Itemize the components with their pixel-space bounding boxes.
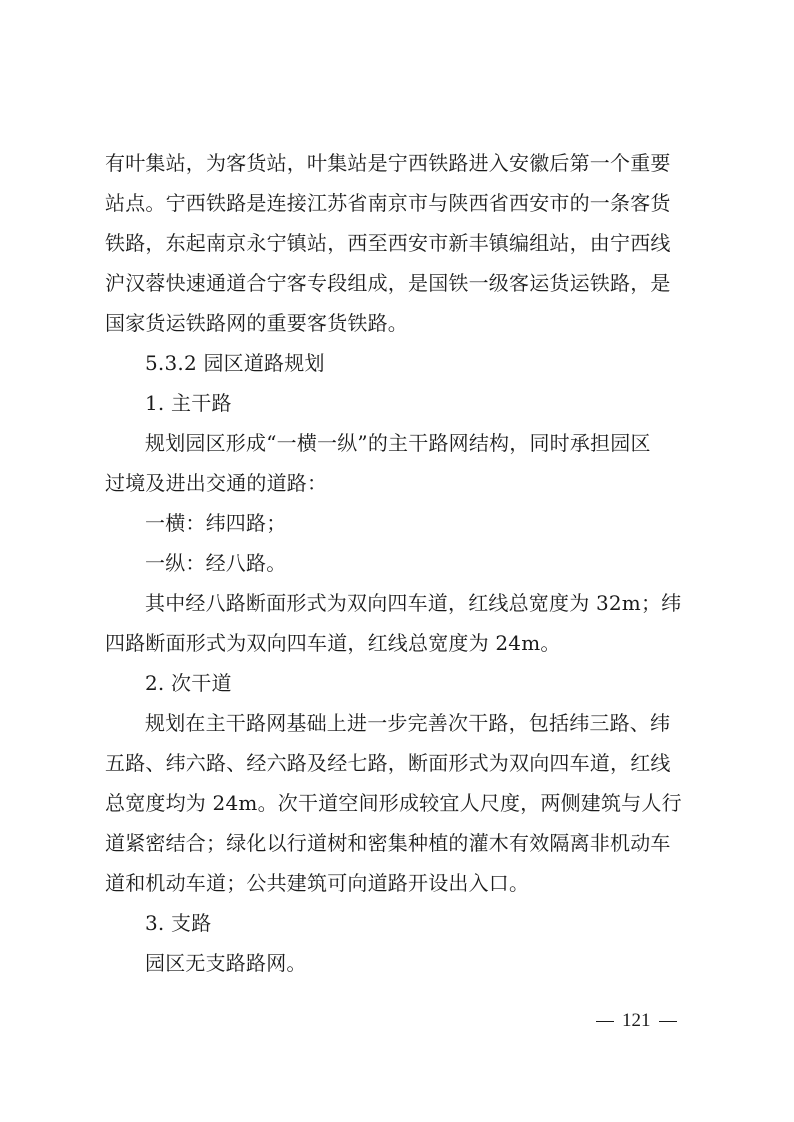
paragraph-line: 有叶集站，为客货站，叶集站是宁西铁路进入安徽后第一个重要	[105, 143, 695, 183]
page-number: 121	[588, 1010, 685, 1032]
paragraph-line: 规划在主干路网基础上进一步完善次干路，包括纬三路、纬	[105, 703, 695, 743]
paragraph-line: 四路断面形式为双向四车道，红线总宽度为 24m。	[105, 623, 695, 663]
section-heading: 5.3.2 园区道路规划	[105, 343, 695, 383]
list-item-vertical-road: 一纵：经八路。	[105, 543, 695, 583]
paragraph-line: 铁路，东起南京永宁镇站，西至西安市新丰镇编组站，由宁西线	[105, 223, 695, 263]
paragraph-line: 沪汉蓉快速通道合宁客专段组成，是国铁一级客运货运铁路，是	[105, 263, 695, 303]
document-body: 有叶集站，为客货站，叶集站是宁西铁路进入安徽后第一个重要 站点。宁西铁路是连接江…	[105, 143, 695, 983]
paragraph-line: 过境及进出交通的道路：	[105, 463, 695, 503]
list-item-horizontal-road: 一横：纬四路；	[105, 503, 695, 543]
paragraph-line: 道和机动车道；公共建筑可向道路开设出入口。	[105, 863, 695, 903]
paragraph-line: 总宽度均为 24m。次干道空间形成较宜人尺度，两侧建筑与人行	[105, 783, 695, 823]
page-number-value: 121	[622, 1010, 651, 1031]
subsection-heading-branch-road: 3. 支路	[105, 903, 695, 943]
paragraph-line: 五路、纬六路、经六路及经七路，断面形式为双向四车道，红线	[105, 743, 695, 783]
paragraph-line: 其中经八路断面形式为双向四车道，红线总宽度为 32m；纬	[105, 583, 695, 623]
paragraph-line: 园区无支路路网。	[105, 943, 695, 983]
dash-right	[659, 1021, 677, 1022]
subsection-heading-main-road: 1. 主干路	[105, 383, 695, 423]
paragraph-line: 站点。宁西铁路是连接江苏省南京市与陕西省西安市的一条客货	[105, 183, 695, 223]
paragraph-line: 道紧密结合；绿化以行道树和密集种植的灌木有效隔离非机动车	[105, 823, 695, 863]
dash-left	[596, 1021, 614, 1022]
paragraph-line: 国家货运铁路网的重要客货铁路。	[105, 303, 695, 343]
paragraph-line: 规划园区形成“一横一纵”的主干路网结构，同时承担园区	[105, 423, 695, 463]
subsection-heading-secondary-road: 2. 次干道	[105, 663, 695, 703]
